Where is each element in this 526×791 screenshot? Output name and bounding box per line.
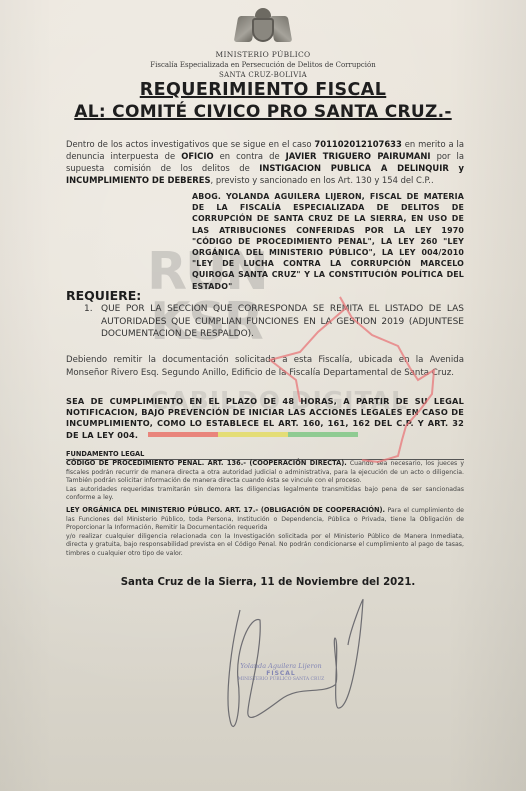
requiere-heading: REQUIERE:: [66, 288, 141, 303]
flag-stripe-yellow: [218, 432, 288, 437]
signature-icon: [200, 590, 400, 750]
document-header: MINISTERIO PÚBLICO Fiscalía Especializad…: [0, 4, 526, 80]
requirement-number: 1.: [84, 303, 93, 316]
legal-article-17: LEY ORGÁNICA DEL MINISTERIO PÚBLICO. ART…: [66, 506, 464, 559]
remit-paragraph: Debiendo remitir la documentación solici…: [66, 354, 464, 379]
document-date: Santa Cruz de la Sierra, 11 de Noviembre…: [0, 577, 526, 588]
accused-name: JAVIER TRIGUERO PAIRUMANI: [286, 151, 431, 161]
case-number: 701102012107633: [314, 139, 401, 149]
flag-color-bar: [148, 432, 358, 437]
institution-name: MINISTERIO PÚBLICO: [0, 50, 526, 60]
article-text: y/o realizar cualquier diligencia relaci…: [66, 533, 464, 557]
article-title: CÓDIGO DE PROCEDIMIENTO PENAL. ART. 136.…: [66, 459, 347, 467]
intro-paragraph: Dentro de los actos investigativos que s…: [66, 138, 464, 186]
document-recipient: AL: COMITÉ CIVICO PRO SANTA CRUZ.-: [0, 102, 526, 122]
intro-text: , previsto y sancionado en los Art. 130 …: [211, 175, 434, 185]
legal-article-136: CÓDIGO DE PROCEDIMIENTO PENAL. ART. 136.…: [66, 459, 464, 503]
document-title: REQUERIMIENTO FISCAL: [0, 80, 526, 100]
office-location: SANTA CRUZ-BOLIVIA: [0, 70, 526, 80]
intro-text: en contra de: [214, 151, 286, 161]
flag-stripe-red: [148, 432, 218, 437]
fiscal-statement: ABOG. YOLANDA AGUILERA LIJERON, FISCAL D…: [192, 191, 464, 292]
article-title: LEY ORGÁNICA DEL MINISTERIO PÚBLICO. ART…: [66, 506, 385, 514]
intro-text: Dentro de los actos investigativos que s…: [66, 139, 314, 149]
flag-stripe-green: [288, 432, 358, 437]
office-name: Fiscalía Especializada en Persecución de…: [0, 60, 526, 70]
article-text: Las autoridades requeridas tramitarán si…: [66, 486, 464, 502]
complaint-type: OFICIO: [181, 151, 213, 161]
bolivia-coat-of-arms-icon: [228, 4, 298, 46]
requirement-item: 1. QUE POR LA SECCION QUE CORRESPONDA SE…: [84, 303, 464, 341]
requirement-text: QUE POR LA SECCION QUE CORRESPONDA SE RE…: [84, 303, 464, 341]
